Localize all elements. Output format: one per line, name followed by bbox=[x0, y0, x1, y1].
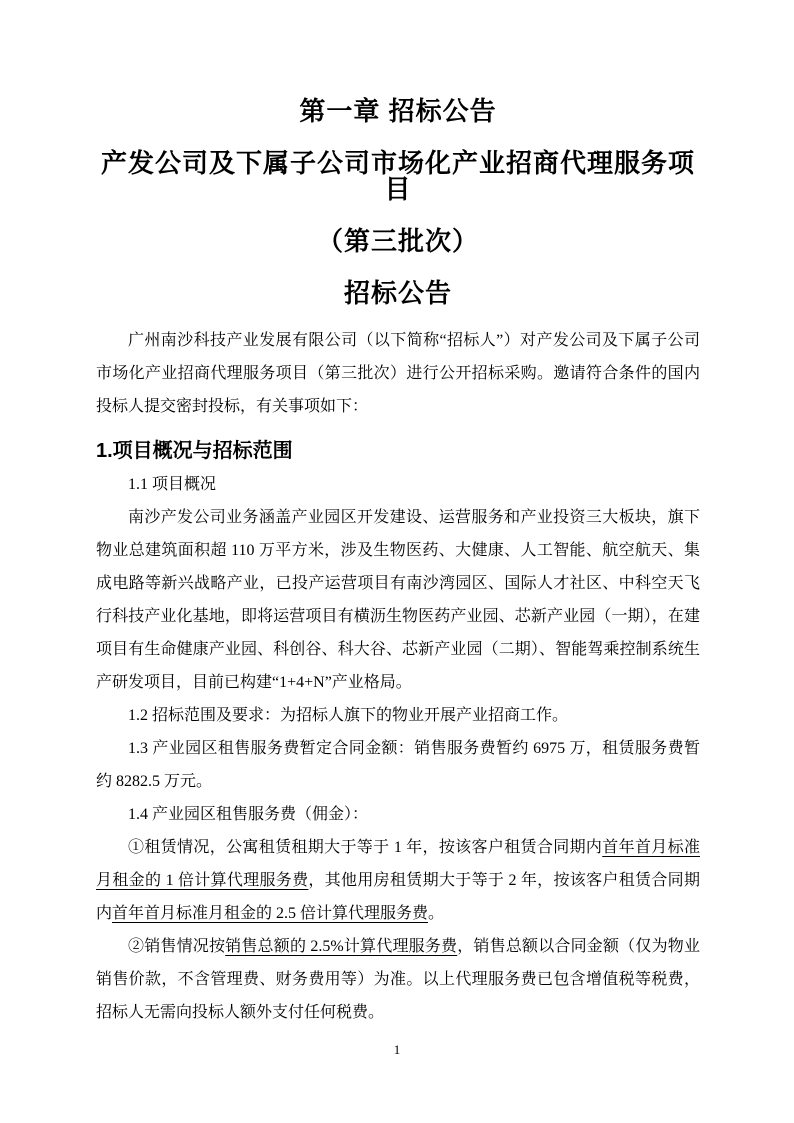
document-page: 第一章 招标公告 产发公司及下属子公司市场化产业招商代理服务项目 （第三批次） … bbox=[0, 0, 794, 1123]
document-content: 第一章 招标公告 产发公司及下属子公司市场化产业招商代理服务项目 （第三批次） … bbox=[96, 0, 700, 1029]
page-number: 1 bbox=[0, 1042, 794, 1058]
paragraph-sales-commission: ②销售情况按销售总额的 2.5%计算代理服务费，销售总额以合同金额（仅为物业销售… bbox=[96, 930, 700, 1029]
rental-underline-2: 首年首月标准月租金的 2.5 倍计算代理服务费 bbox=[112, 905, 428, 922]
paragraph-1-2: 1.2 招标范围及要求：为招标人旗下的物业开展产业招商工作。 bbox=[96, 699, 700, 732]
announcement-title: 招标公告 bbox=[96, 280, 700, 306]
paragraph-project-overview: 南沙产发公司业务涵盖产业园区开发建设、运营服务和产业投资三大板块，旗下物业总建筑… bbox=[96, 501, 700, 699]
section-1-heading: 1.项目概况与招标范围 bbox=[96, 435, 700, 468]
sales-underline-1: 销售总额的 2.5%计算代理服务费 bbox=[225, 938, 457, 955]
title-block: 第一章 招标公告 产发公司及下属子公司市场化产业招商代理服务项目 （第三批次） … bbox=[96, 98, 700, 306]
paragraph-1-3: 1.3 产业园区租售服务费暂定合同金额：销售服务费暂约 6975 万，租赁服务费… bbox=[96, 732, 700, 798]
sales-text-pre: ②销售情况按 bbox=[128, 938, 225, 955]
paragraph-rental-commission: ①租赁情况，公寓租赁租期大于等于 1 年，按该客户租赁合同期内首年首月标准月租金… bbox=[96, 831, 700, 930]
document-body: 广州南沙科技产业发展有限公司（以下简称“招标人”）对产发公司及下属子公司市场化产… bbox=[96, 324, 700, 1029]
project-title-line1: 产发公司及下属子公司市场化产业招商代理服务项目 bbox=[96, 150, 700, 202]
project-title-line2: （第三批次） bbox=[96, 228, 700, 254]
chapter-title: 第一章 招标公告 bbox=[96, 98, 700, 124]
paragraph-1-4: 1.4 产业园区租售服务费（佣金）： bbox=[96, 798, 700, 831]
rental-text-end: 。 bbox=[428, 905, 444, 922]
intro-paragraph: 广州南沙科技产业发展有限公司（以下简称“招标人”）对产发公司及下属子公司市场化产… bbox=[96, 324, 700, 423]
rental-text-pre: ①租赁情况，公寓租赁租期大于等于 1 年，按该客户租赁合同期内 bbox=[128, 839, 602, 856]
paragraph-1-1: 1.1 项目概况 bbox=[96, 468, 700, 501]
